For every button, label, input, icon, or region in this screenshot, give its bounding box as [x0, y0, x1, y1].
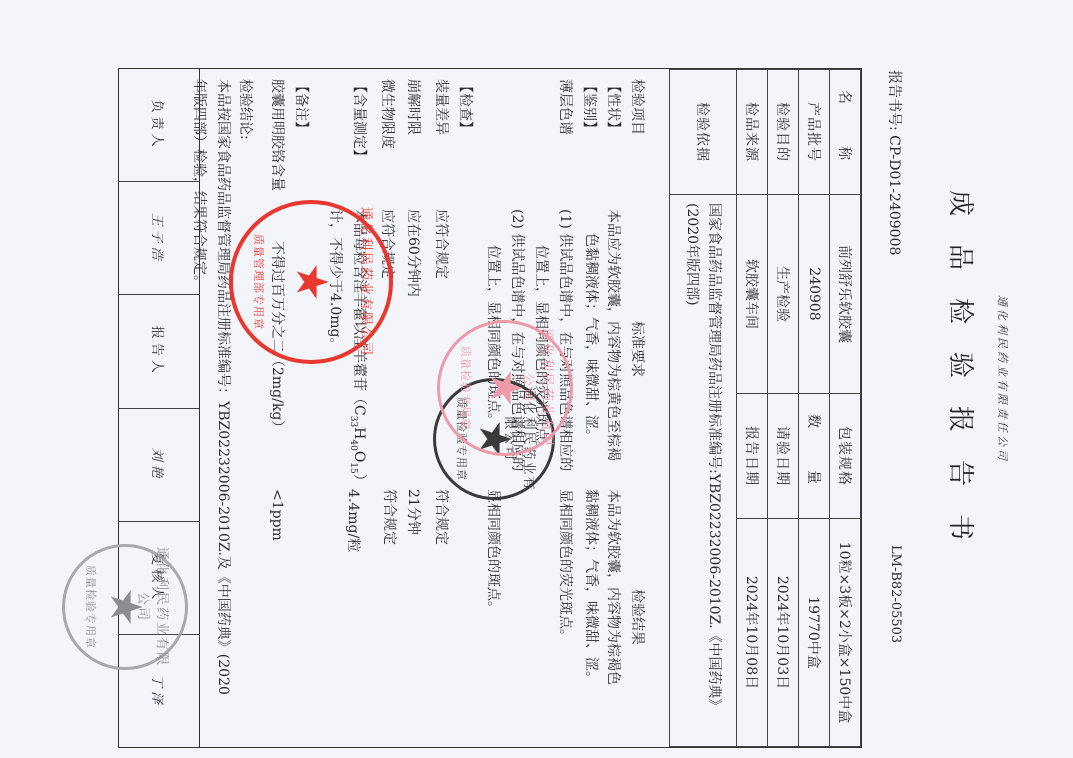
request-date-value: 2024年10月03日 [768, 519, 799, 747]
document-title: 成品检验报告书 [944, 0, 981, 758]
appearance-result: 黏稠液体；气香，味微甜、涩。 [579, 489, 603, 685]
section-remarks: 【备注】 [289, 79, 313, 135]
formula-subscript: 33 [348, 416, 358, 427]
star-icon: ★ [289, 262, 333, 301]
reporter-label: 报告人 [119, 295, 199, 408]
appearance-result: 本品为软胶囊，内容物为棕褐色 [601, 489, 625, 685]
section-inspection: 【检查】 [453, 79, 477, 135]
conclusion-text: 本品按国家食品药品监督管理局药品注册标准编号：YBZ02232006-2010Z… [211, 79, 235, 695]
seal-text: 通化利民药业有限公司 [520, 323, 558, 453]
inspection-report-page: 通化利民药业有限责任公司 成品检验报告书 报告书号: CP-D01-240900… [0, 0, 1073, 758]
info-row: 检验目的 生产检验 请验日期 2024年10月03日 [768, 70, 799, 747]
disintegration-result: 21分钟 [401, 489, 425, 535]
formula-subscript: 15 [348, 462, 358, 473]
pack-label: 包装规格 [830, 394, 861, 519]
disintegration-standard: 应在60分钟内 [401, 209, 425, 297]
quality-management-seal-red: 通化利民药业有限公司 ★ 质量管理部专用章 [229, 200, 393, 364]
formula-element: O [351, 451, 367, 462]
report-date-value: 2024年10月08日 [737, 519, 768, 747]
microbial-result: 符合规定 [377, 489, 401, 545]
responsible-signature: 王子浩 [119, 182, 199, 295]
info-row: 检验依据 国家食品药品监督管理局药品注册标准编号:YBZ02232006-201… [670, 70, 737, 747]
column-item: 检验项目 [625, 79, 649, 135]
info-row: 检品来源 软胶囊车间 报告日期 2024年10月08日 [737, 70, 768, 747]
report-number-label: 报告书号: [886, 70, 902, 131]
batch-label: 产品批号 [799, 70, 830, 195]
formula-close: ） [351, 474, 367, 488]
disintegration-item: 崩解时限 [401, 79, 425, 135]
formula-subscript: 40 [348, 439, 358, 450]
inspection-seal-grey: 通化利民药业有限公司 ★ 质量检验专用章 [62, 544, 188, 670]
seal-subtext: 质量检验专用章 [458, 323, 474, 453]
source-label: 检品来源 [737, 70, 768, 195]
seal-text: 通化利民药业有限公司 [135, 547, 173, 667]
info-row: 产品批号 240908 数 量 19770中盒 [799, 70, 830, 747]
appearance-standard: 色黏稠液体；气香，味微甜、涩。 [579, 233, 603, 443]
section-assay: 【含量测定】 [347, 79, 371, 163]
name-value: 前列舒乐软胶囊 [830, 195, 861, 394]
appearance-standard: 本品应为软胶囊，内容物为棕黄色至棕褐 [601, 209, 625, 461]
column-standard: 标准要求 [625, 321, 649, 377]
batch-value: 240908 [799, 195, 830, 394]
name-label: 名 称 [830, 70, 861, 195]
pack-value: 10粒×3板×2小盒×150中盒 [830, 519, 861, 747]
responsible-label: 负责人 [119, 69, 199, 182]
seal-text: 通化利民药业有限公司 [358, 204, 377, 360]
seal-subtext: 质量管理部专用章 [251, 204, 267, 360]
tlc-item: 薄层色谱 [553, 79, 577, 135]
conclusion-label: 检验结论: [233, 79, 257, 140]
basis-line: (2020年版四部) [681, 203, 703, 738]
fill-standard: 应符合规定 [429, 209, 453, 279]
purpose-value: 生产检验 [768, 195, 799, 394]
reporter-signature: 刘艳 [119, 409, 199, 522]
report-number-value: CP-D01-2409008 [886, 135, 902, 255]
qty-label: 数 量 [799, 394, 830, 519]
company-name: 通化利民药业有限责任公司 [995, 0, 1011, 758]
purpose-label: 检验目的 [768, 70, 799, 195]
seal-subtext: 质量检验专用章 [83, 547, 99, 667]
formula-element: H [351, 427, 367, 439]
basis-label: 检验依据 [670, 70, 737, 195]
fill-item: 装量差异 [429, 79, 453, 135]
info-table: 名 称 前列舒乐软胶囊 包装规格 10粒×3板×2小盒×150中盒 产品批号 2… [669, 69, 861, 747]
request-date-label: 请验日期 [768, 394, 799, 519]
chromium-item: 胶囊用明胶铬含量 [265, 79, 289, 191]
chromium-result: <1ppm [265, 489, 289, 541]
report-number: 报告书号: CP-D01-2409008 [885, 70, 905, 255]
section-identification: 【鉴别】 [577, 79, 601, 135]
source-value: 软胶囊车间 [737, 195, 768, 394]
qty-value: 19770中盒 [799, 519, 830, 747]
assay-result: 4.4mg/粒 [341, 489, 365, 552]
column-result: 检验结果 [625, 589, 649, 645]
inspection-seal-pink: 通化利民药业有限公司 ★ 质量检验专用章 [437, 320, 573, 456]
microbial-item: 微生物限度 [375, 79, 399, 149]
info-row: 名 称 前列舒乐软胶囊 包装规格 10粒×3板×2小盒×150中盒 [830, 70, 861, 747]
section-appearance: 【性状】 [601, 79, 625, 135]
form-code: LM-B82-05503 [888, 545, 903, 643]
report-date-label: 报告日期 [737, 394, 768, 519]
tlc-result: 显相同颜色的荧光斑点。 [553, 489, 577, 643]
basis-line: 国家食品药品监督管理局药品注册标准编号:YBZ02232006-2010Z.《中… [703, 203, 725, 738]
basis-value: 国家食品药品监督管理局药品注册标准编号:YBZ02232006-2010Z.《中… [670, 195, 737, 747]
tlc-result: 显相同颜色的斑点。 [481, 489, 505, 615]
fill-result: 符合规定 [429, 489, 453, 545]
